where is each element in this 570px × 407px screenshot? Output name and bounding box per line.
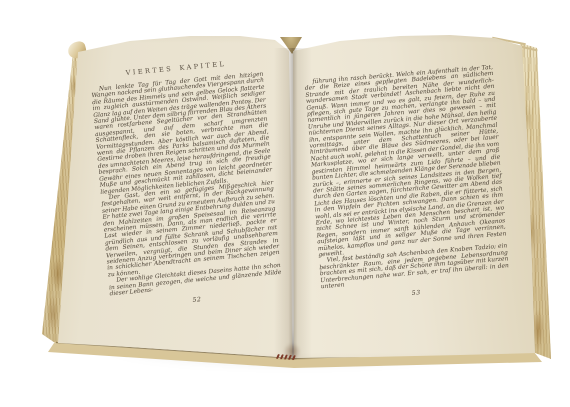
left-page-paragraphs: Nun lenkte Tag für Tag der Gott mit den … <box>91 72 282 298</box>
right-page-text: führung ihn rasch berückt. Welch ein Auf… <box>304 65 511 305</box>
stitch <box>292 355 296 360</box>
left-page-text: VIERTES KAPITEL Nun lenkte Tag für Tag d… <box>89 57 283 313</box>
paragraph: Nun lenkte Tag für Tag der Gott mit den … <box>91 72 273 196</box>
paragraph: Der Gast, den ein so gefügiges Mißgeschi… <box>101 180 281 279</box>
paragraph: führung ihn rasch berückt. Welch ein Auf… <box>304 65 507 259</box>
open-book: VIERTES KAPITEL Nun lenkte Tag für Tag d… <box>40 22 552 374</box>
photo-background: VIERTES KAPITEL Nun lenkte Tag für Tag d… <box>0 0 570 407</box>
right-page-paragraphs: führung ihn rasch berückt. Welch ein Auf… <box>304 65 509 291</box>
